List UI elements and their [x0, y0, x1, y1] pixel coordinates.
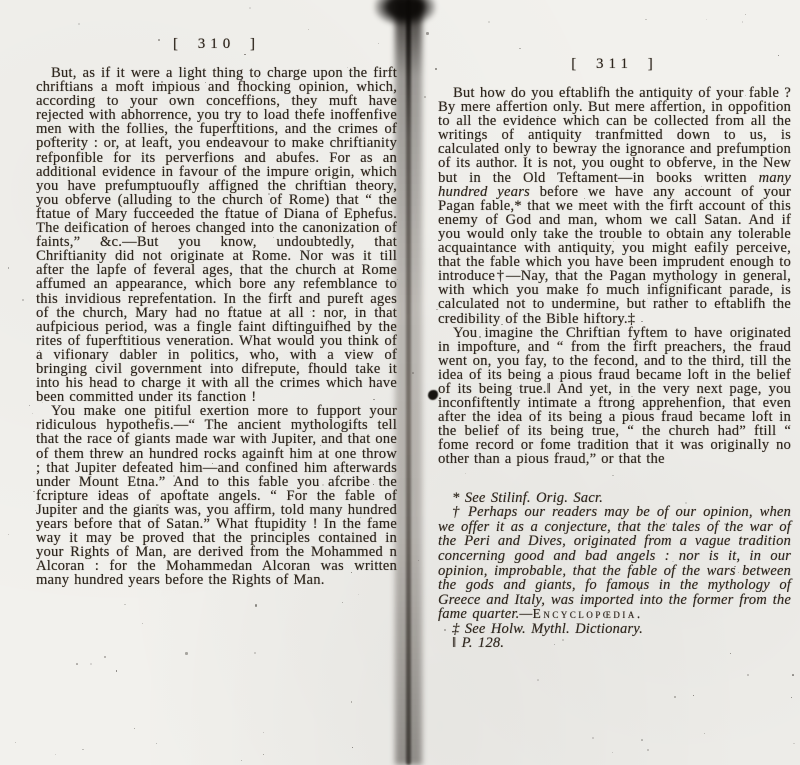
footnotes: * See Stilinf. Orig. Sacr. † Perhaps our… — [438, 491, 791, 652]
footnote-text: † Perhaps our readers may be of our opin… — [438, 504, 791, 622]
paragraph: You make one pitiful exertion more to fu… — [36, 404, 397, 587]
footnote: ‖ P. 128. — [438, 636, 791, 651]
footnote: ‡ See Holw. Mythl. Dictionary. — [438, 622, 791, 637]
binding-ink-blob — [374, 0, 436, 26]
page-number-right: [ 311 ] — [438, 56, 791, 73]
footnote: † Perhaps our readers may be of our opin… — [438, 505, 791, 622]
book-scan: [ 310 ] But, as if it were a light thing… — [0, 0, 800, 765]
page-310: [ 310 ] But, as if it were a light thing… — [36, 36, 397, 587]
page-311: [ 311 ] But how do you eftablifh the ant… — [438, 56, 791, 651]
paragraph: But how do you eftablifh the antiquity o… — [438, 86, 791, 326]
ink-blot — [428, 390, 438, 400]
footnote-smallcaps: Encyclopœdia. — [533, 606, 643, 621]
binding-crease — [406, 0, 411, 765]
page-number-left: [ 310 ] — [36, 36, 397, 53]
paragraph: But, as if it were a light thing to char… — [36, 66, 397, 404]
paragraph-text: before we have any account of your Pagan… — [438, 184, 791, 327]
paragraph-text: But how do you eftablifh the antiquity o… — [438, 85, 791, 186]
footnote: * See Stilinf. Orig. Sacr. — [438, 491, 791, 506]
paragraph: You imagine the Chriftian fyftem to have… — [438, 326, 791, 467]
